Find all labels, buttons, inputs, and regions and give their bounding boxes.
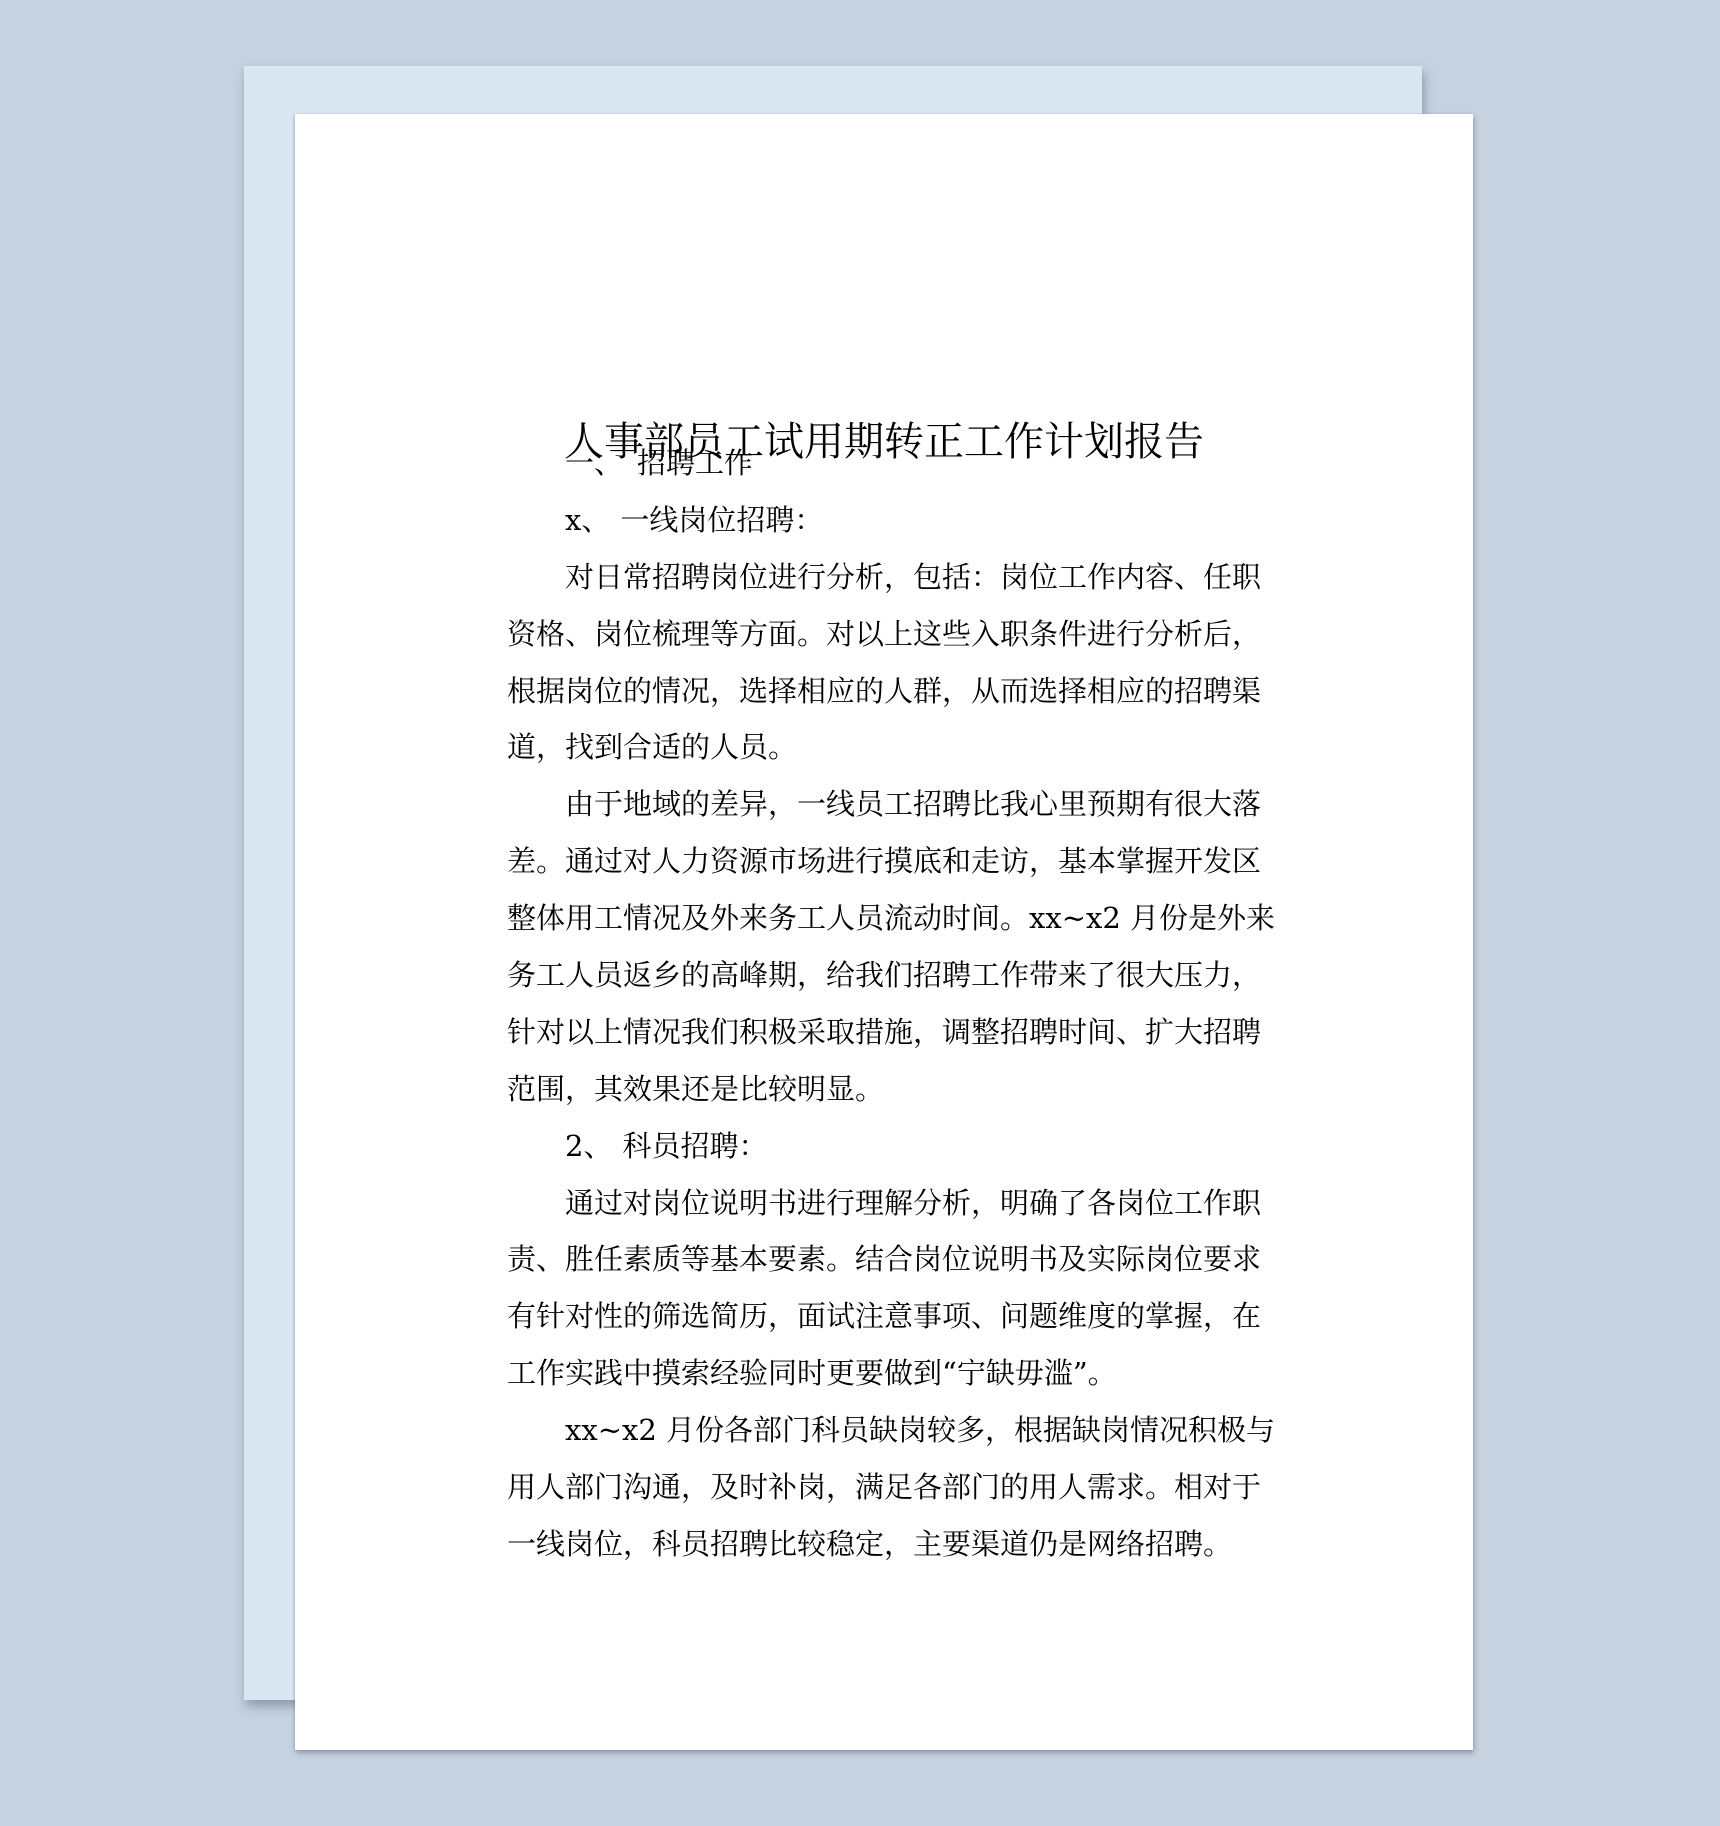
paragraph-line: 资格、岗位梳理等方面。对以上这些入职条件进行分析后， (507, 606, 1267, 663)
paragraph-line: 工作实践中摸索经验同时更要做到“宁缺毋滥”。 (507, 1345, 1267, 1402)
paragraph-line: 由于地域的差异，一线员工招聘比我心里预期有很大落 (507, 776, 1267, 833)
document-page: 人事部员工试用期转正工作计划报告 一、招聘工作 x、一线岗位招聘： 对日常招聘岗… (295, 114, 1473, 1750)
subsection-heading: x、一线岗位招聘： (507, 492, 1267, 549)
paragraph-line: 整体用工情况及外来务工人员流动时间。xx~x2 月份是外来 (507, 890, 1267, 947)
subsection-heading: 2、科员招聘： (507, 1118, 1267, 1175)
paragraph-line: 差。通过对人力资源市场进行摸底和走访，基本掌握开发区 (507, 833, 1267, 890)
paragraph-line: 根据岗位的情况，选择相应的人群，从而选择相应的招聘渠 (507, 663, 1267, 720)
document-body: 一、招聘工作 x、一线岗位招聘： 对日常招聘岗位进行分析，包括：岗位工作内容、任… (507, 435, 1267, 1573)
subsection-heading-text: 一线岗位招聘： (620, 503, 823, 537)
subsection-number: 2、 (565, 1118, 612, 1175)
paragraph-line: 务工人员返乡的高峰期，给我们招聘工作带来了很大压力， (507, 947, 1267, 1004)
paragraph-line: 道，找到合适的人员。 (507, 719, 1267, 776)
paragraph-line: 用人部门沟通，及时补岗，满足各部门的用人需求。相对于 (507, 1459, 1267, 1516)
paragraph-line: 对日常招聘岗位进行分析，包括：岗位工作内容、任职 (507, 549, 1267, 606)
paragraph-line: 通过对岗位说明书进行理解分析，明确了各岗位工作职 (507, 1175, 1267, 1232)
paragraph-line: 有针对性的筛选简历，面试注意事项、问题维度的掌握，在 (507, 1288, 1267, 1345)
section-number: 一、 (565, 435, 623, 492)
paragraph-line: xx~x2 月份各部门科员缺岗较多，根据缺岗情况积极与 (507, 1402, 1267, 1459)
section-heading: 一、招聘工作 (507, 435, 1267, 492)
paragraph: 通过对岗位说明书进行理解分析，明确了各岗位工作职 责、胜任素质等基本要素。结合岗… (507, 1175, 1267, 1403)
subsection-number: x、 (565, 492, 610, 549)
paragraph-line: 责、胜任素质等基本要素。结合岗位说明书及实际岗位要求 (507, 1231, 1267, 1288)
paragraph: 由于地域的差异，一线员工招聘比我心里预期有很大落 差。通过对人力资源市场进行摸底… (507, 776, 1267, 1117)
paragraph-line: 范围，其效果还是比较明显。 (507, 1061, 1267, 1118)
paragraph: 对日常招聘岗位进行分析，包括：岗位工作内容、任职 资格、岗位梳理等方面。对以上这… (507, 549, 1267, 777)
section-heading-text: 招聘工作 (637, 446, 753, 480)
paragraph-line: 针对以上情况我们积极采取措施，调整招聘时间、扩大招聘 (507, 1004, 1267, 1061)
paragraph: xx~x2 月份各部门科员缺岗较多，根据缺岗情况积极与 用人部门沟通，及时补岗，… (507, 1402, 1267, 1573)
subsection-heading-text: 科员招聘： (622, 1129, 767, 1163)
paragraph-line: 一线岗位，科员招聘比较稳定，主要渠道仍是网络招聘。 (507, 1516, 1267, 1573)
